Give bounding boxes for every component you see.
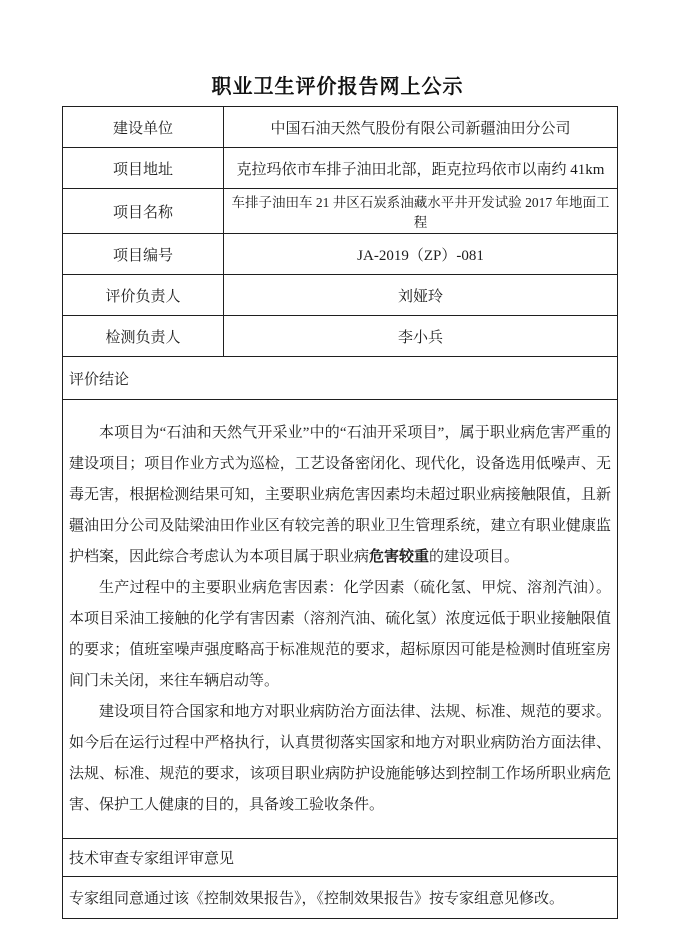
- row-value-project-address: 克拉玛依市车排子油田北部，距克拉玛依市以南约 41km: [224, 148, 618, 189]
- conclusion-body-cell: 本项目为“石油和天然气开采业”中的“石油开采项目”，属于职业病危害严重的建设项目…: [63, 400, 618, 839]
- page-title: 职业卫生评价报告网上公示: [0, 70, 675, 99]
- table-row-project-number: 项目编号 JA-2019（ZP）-081: [63, 234, 618, 275]
- conclusion-paragraph-1-bold: 危害较重: [369, 549, 429, 565]
- conclusion-paragraph-1-pre: 本项目为“石油和天然气开采业”中的“石油开采项目”，属于职业病危害严重的建设项目…: [69, 425, 611, 565]
- row-label-construction-unit: 建设单位: [63, 107, 224, 148]
- row-value-project-number: JA-2019（ZP）-081: [224, 234, 618, 275]
- table-row-conclusion-body: 本项目为“石油和天然气开采业”中的“石油开采项目”，属于职业病危害严重的建设项目…: [63, 400, 618, 839]
- table-row-expert-review-opinion: 专家组同意通过该《控制效果报告》，《控制效果报告》按专家组意见修改。: [63, 877, 618, 919]
- table-row-evaluation-lead: 评价负责人 刘娅玲: [63, 275, 618, 316]
- row-label-project-address: 项目地址: [63, 148, 224, 189]
- conclusion-paragraph-3: 建设项目符合国家和地方对职业病防治方面法律、法规、标准、规范的要求。如今后在运行…: [69, 697, 611, 821]
- row-label-project-number: 项目编号: [63, 234, 224, 275]
- table-row-conclusion-header: 评价结论: [63, 357, 618, 400]
- conclusion-paragraph-1: 本项目为“石油和天然气开采业”中的“石油开采项目”，属于职业病危害严重的建设项目…: [69, 418, 611, 573]
- row-label-testing-lead: 检测负责人: [63, 316, 224, 357]
- row-value-testing-lead: 李小兵: [224, 316, 618, 357]
- expert-review-opinion: 专家组同意通过该《控制效果报告》，《控制效果报告》按专家组意见修改。: [63, 877, 618, 919]
- conclusion-paragraph-1-post: 的建设项目。: [429, 549, 519, 565]
- publicity-table: 建设单位 中国石油天然气股份有限公司新疆油田分公司 项目地址 克拉玛依市车排子油…: [62, 106, 618, 919]
- row-label-evaluation-lead: 评价负责人: [63, 275, 224, 316]
- expert-review-section-label: 技术审查专家组评审意见: [63, 839, 618, 877]
- table-row-project-name: 项目名称 车排子油田车 21 井区石炭系油藏水平井开发试验 2017 年地面工程: [63, 189, 618, 234]
- conclusion-paragraph-2: 生产过程中的主要职业病危害因素：化学因素（硫化氢、甲烷、溶剂汽油）。本项目采油工…: [69, 573, 611, 697]
- row-label-project-name: 项目名称: [63, 189, 224, 234]
- row-value-evaluation-lead: 刘娅玲: [224, 275, 618, 316]
- row-value-construction-unit: 中国石油天然气股份有限公司新疆油田分公司: [224, 107, 618, 148]
- table-row-testing-lead: 检测负责人 李小兵: [63, 316, 618, 357]
- row-value-project-name: 车排子油田车 21 井区石炭系油藏水平井开发试验 2017 年地面工程: [224, 189, 618, 234]
- document-page: 职业卫生评价报告网上公示 建设单位 中国石油天然气股份有限公司新疆油田分公司 项…: [0, 0, 675, 945]
- table-row-expert-review-header: 技术审查专家组评审意见: [63, 839, 618, 877]
- table-row-project-address: 项目地址 克拉玛依市车排子油田北部，距克拉玛依市以南约 41km: [63, 148, 618, 189]
- table-row-construction-unit: 建设单位 中国石油天然气股份有限公司新疆油田分公司: [63, 107, 618, 148]
- conclusion-section-label: 评价结论: [63, 357, 618, 400]
